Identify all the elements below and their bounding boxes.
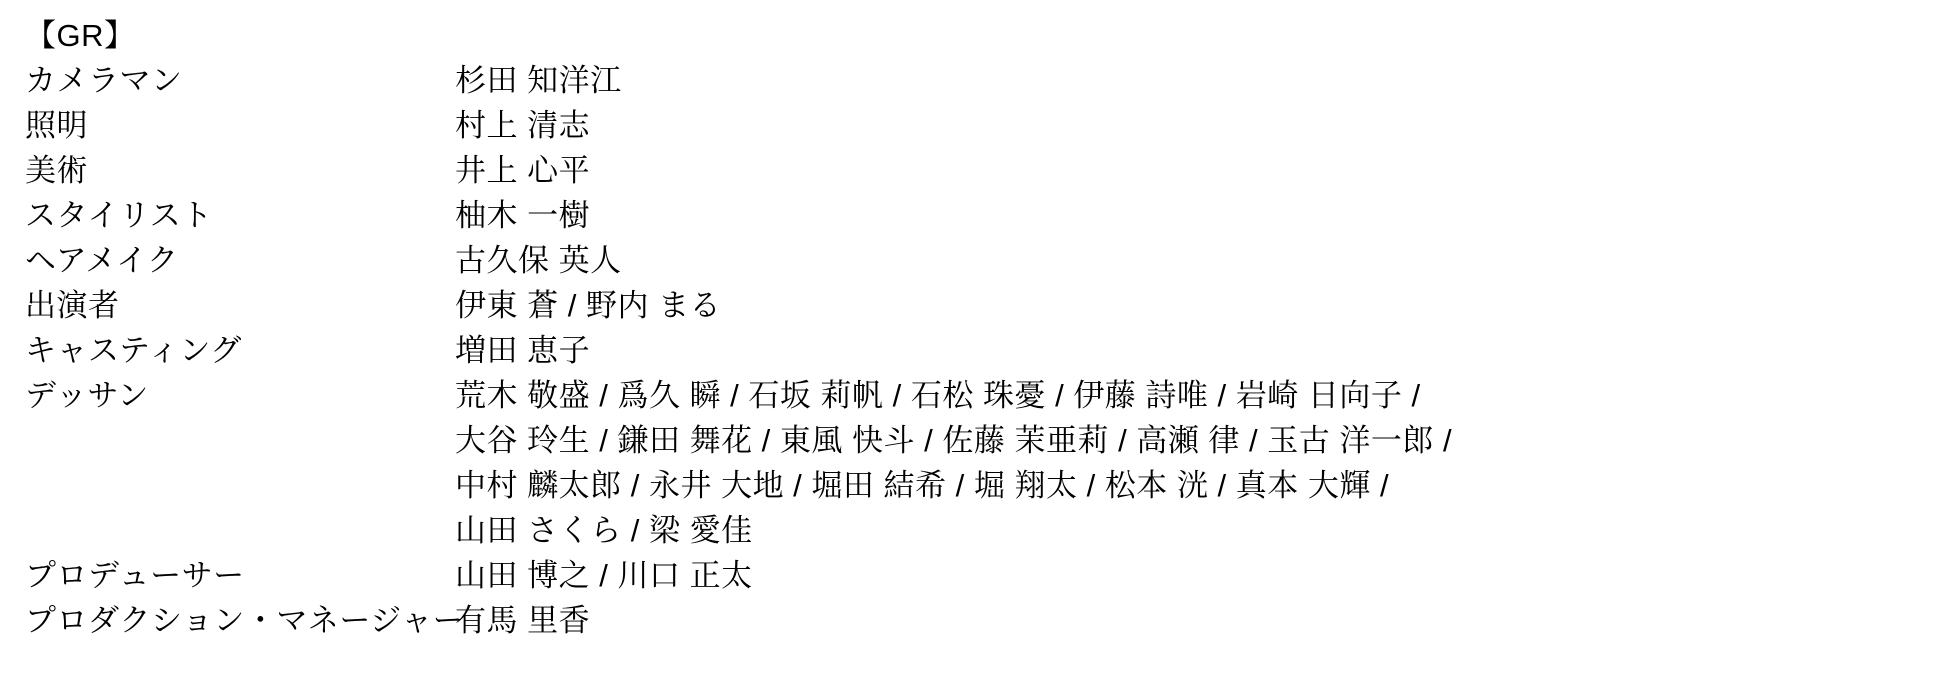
credit-role-label: キャスティング <box>25 328 455 373</box>
credit-row-dessin: デッサン 荒木 敬盛 / 爲久 瞬 / 石坂 莉帆 / 石松 珠憂 / 伊藤 詩… <box>25 373 1950 553</box>
credit-role-label: カメラマン <box>25 58 455 103</box>
credit-row-casting: キャスティング 増田 恵子 <box>25 328 1950 373</box>
credit-names: 杉田 知洋江 <box>455 58 622 103</box>
credit-names: 柚木 一樹 <box>455 193 590 238</box>
credit-names: 山田 博之 / 川口 正太 <box>455 553 753 598</box>
credit-row-art: 美術 井上 心平 <box>25 148 1950 193</box>
credit-names: 古久保 英人 <box>455 238 622 283</box>
credit-names: 伊東 蒼 / 野内 まる <box>455 283 721 328</box>
credit-names-line: 中村 麟太郎 / 永井 大地 / 堀田 結希 / 堀 翔太 / 松本 洸 / 真… <box>455 463 1452 508</box>
credit-names: 有馬 里香 <box>455 598 590 643</box>
credit-role-label: スタイリスト <box>25 193 455 238</box>
credit-names: 増田 恵子 <box>455 328 590 373</box>
credit-role-label: デッサン <box>25 373 455 418</box>
credit-names: 村上 清志 <box>455 103 590 148</box>
credit-row-stylist: スタイリスト 柚木 一樹 <box>25 193 1950 238</box>
credit-role-label: 出演者 <box>25 283 455 328</box>
credit-row-producer: プロデューサー 山田 博之 / 川口 正太 <box>25 553 1950 598</box>
section-title: 【GR】 <box>25 13 1950 58</box>
credit-names: 井上 心平 <box>455 148 590 193</box>
credit-row-lighting: 照明 村上 清志 <box>25 103 1950 148</box>
credit-row-hairmake: ヘアメイク 古久保 英人 <box>25 238 1950 283</box>
credit-names-line: 大谷 玲生 / 鎌田 舞花 / 東風 快斗 / 佐藤 茉亜莉 / 高瀬 律 / … <box>455 418 1452 463</box>
credit-names-multiline: 荒木 敬盛 / 爲久 瞬 / 石坂 莉帆 / 石松 珠憂 / 伊藤 詩唯 / 岩… <box>455 373 1452 553</box>
credit-row-production-manager: プロダクション・マネージャー 有馬 里香 <box>25 598 1950 643</box>
credit-role-label: 美術 <box>25 148 455 193</box>
credit-row-cast: 出演者 伊東 蒼 / 野内 まる <box>25 283 1950 328</box>
credits-page: 【GR】 カメラマン 杉田 知洋江 照明 村上 清志 美術 井上 心平 スタイリ… <box>0 0 1950 643</box>
credit-role-label: プロデューサー <box>25 553 455 598</box>
credit-names-line: 荒木 敬盛 / 爲久 瞬 / 石坂 莉帆 / 石松 珠憂 / 伊藤 詩唯 / 岩… <box>455 373 1452 418</box>
credit-role-label: 照明 <box>25 103 455 148</box>
credit-row-camera: カメラマン 杉田 知洋江 <box>25 58 1950 103</box>
credit-role-label: プロダクション・マネージャー <box>25 598 455 643</box>
credit-role-label: ヘアメイク <box>25 238 455 283</box>
credit-names-line: 山田 さくら / 梁 愛佳 <box>455 508 1452 553</box>
